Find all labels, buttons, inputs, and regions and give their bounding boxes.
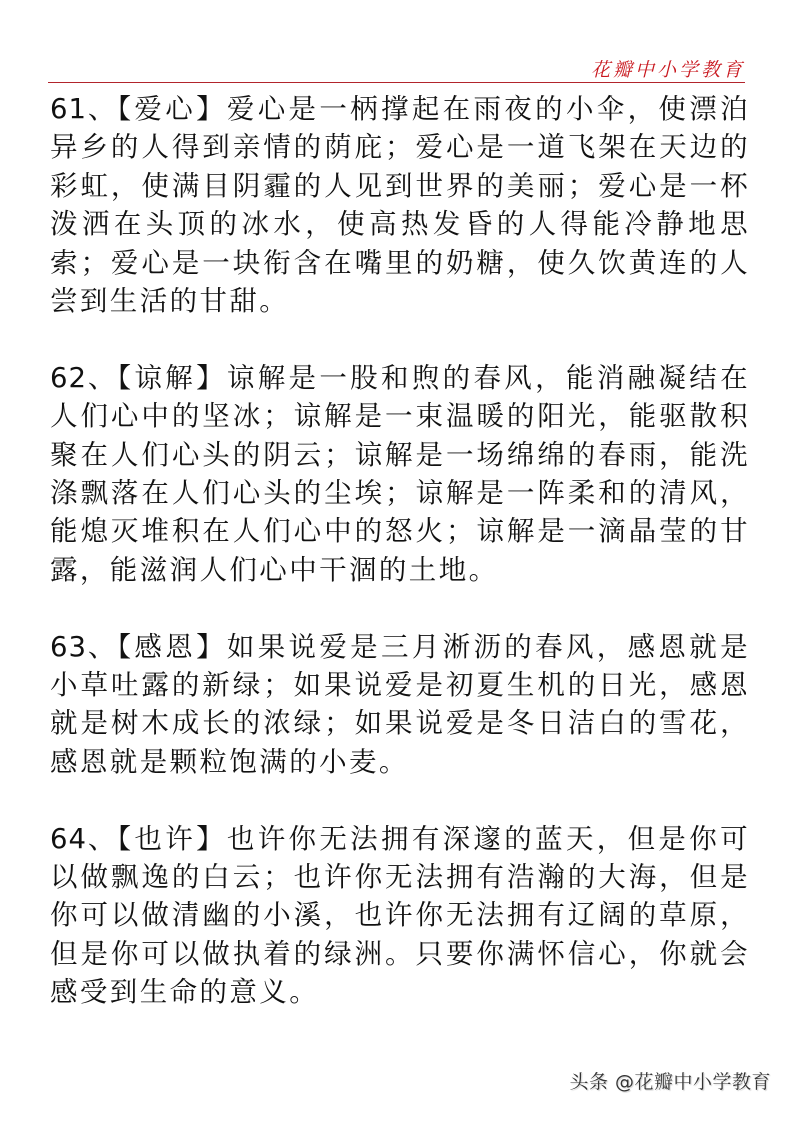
paragraph-number: 63、 — [50, 631, 117, 663]
paragraph-text: 爱心是一柄撑起在雨夜的小伞，使漂泊异乡的人得到亲情的荫庇；爱心是一道飞架在天边的… — [50, 93, 750, 317]
paragraph-64: 64、【也许】也许你无法拥有深邃的蓝天，但是你可以做飘逸的白云；也许你无法拥有浩… — [50, 820, 750, 1012]
paragraph-tag: 【爱心】 — [117, 93, 227, 125]
document-body: 61、【爱心】爱心是一柄撑起在雨夜的小伞，使漂泊异乡的人得到亲情的荫庇；爱心是一… — [50, 90, 750, 1050]
paragraph-tag: 【谅解】 — [117, 362, 227, 394]
page-header: 花瓣中小学教育 — [48, 56, 745, 83]
watermark: 头条 @花瓣中小学教育 — [569, 1067, 771, 1094]
paragraph-number: 62、 — [50, 362, 117, 394]
paragraph-62: 62、【谅解】谅解是一股和煦的春风，能消融凝结在人们心中的坚冰；谅解是一束温暖的… — [50, 359, 750, 589]
paragraph-tag: 【感恩】 — [117, 631, 227, 663]
paragraph-text: 谅解是一股和煦的春风，能消融凝结在人们心中的坚冰；谅解是一束温暖的阳光，能驱散积… — [50, 362, 750, 586]
paragraph-63: 63、【感恩】如果说爱是三月淅沥的春风，感恩就是小草吐露的新绿；如果说爱是初夏生… — [50, 628, 750, 782]
paragraph-number: 64、 — [50, 823, 117, 855]
paragraph-tag: 【也许】 — [117, 823, 227, 855]
paragraph-number: 61、 — [50, 93, 117, 125]
header-title: 花瓣中小学教育 — [591, 59, 745, 81]
paragraph-61: 61、【爱心】爱心是一柄撑起在雨夜的小伞，使漂泊异乡的人得到亲情的荫庇；爱心是一… — [50, 90, 750, 320]
